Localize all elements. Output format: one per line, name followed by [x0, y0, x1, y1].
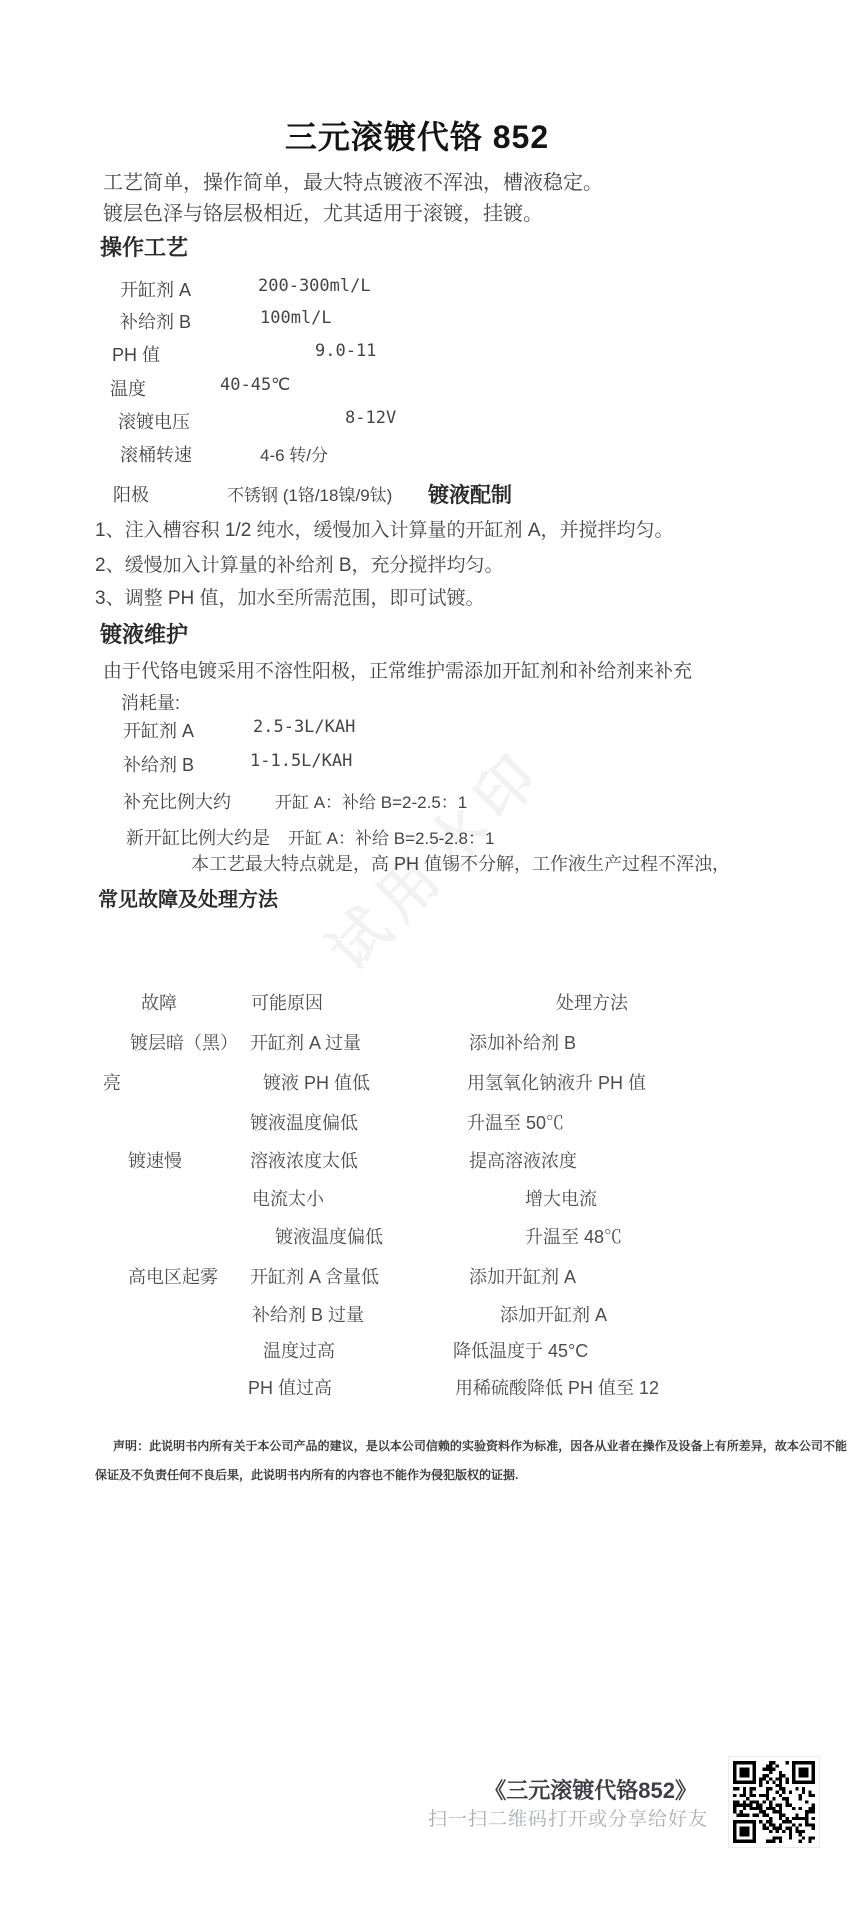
param-value: 4-6 转/分 [260, 441, 328, 466]
consumption-item-label: 补给剂 B [123, 751, 194, 777]
footer-share-hint: 扫一扫二维码打开或分享给好友 [0, 1804, 708, 1831]
page-title: 三元滚镀代铬 852 [0, 112, 834, 158]
document-page: { "page": { "title": "三元滚镀代铬 852", "back… [0, 0, 861, 1920]
cell-fault: 镀速慢 [128, 1147, 182, 1173]
cell-remedy: 添加开缸剂 A [500, 1301, 607, 1327]
table-row: 高电区起雾 开缸剂 A 含量低 添加开缸剂 A [0, 1263, 861, 1289]
cell-remedy: 升温至 48℃ [525, 1223, 622, 1249]
cell-remedy: 提高溶液浓度 [469, 1147, 577, 1173]
cell-cause: 补给剂 B 过量 [252, 1301, 364, 1327]
cell-remedy: 用氢氧化钠液升 PH 值 [467, 1069, 646, 1095]
table-row: PH 值过高 用稀硫酸降低 PH 值至 12 [0, 1374, 861, 1400]
param-label: 温度 [110, 375, 146, 401]
param-value: 100ml/L [260, 308, 332, 328]
consumption-label-row: 消耗量: [0, 689, 861, 715]
cell-cause: 镀液 PH 值低 [263, 1069, 370, 1095]
param-label: 补给剂 B [120, 308, 191, 334]
cell-cause: 镀液温度偏低 [250, 1109, 358, 1135]
cell-fault: 高电区起雾 [128, 1263, 218, 1289]
cell-remedy: 添加开缸剂 A [469, 1263, 576, 1289]
param-row: 开缸剂 A 200-300ml/L [0, 276, 861, 302]
consumption-item-value: 开缸 A：补给 B=2.5-2.8：1 [288, 824, 494, 849]
cell-remedy: 降低温度于 45°C [453, 1337, 588, 1363]
consumption-item-value: 开缸 A：补给 B=2-2.5：1 [275, 788, 467, 813]
cell-cause: 开缸剂 A 过量 [250, 1029, 361, 1055]
param-value: 9.0-11 [315, 341, 376, 361]
cell-cause: 开缸剂 A 含量低 [250, 1263, 379, 1289]
table-row: 亮 镀液 PH 值低 用氢氧化钠液升 PH 值 [0, 1069, 861, 1095]
param-label: PH 值 [112, 341, 160, 367]
table-row: 补给剂 B 过量 添加开缸剂 A [0, 1301, 861, 1327]
table-row: 镀层暗（黑） 开缸剂 A 过量 添加补给剂 B [0, 1029, 861, 1055]
param-value: 200-300ml/L [258, 276, 371, 296]
table-header-cause: 可能原因 [251, 989, 323, 1015]
maintenance-note: 本工艺最大特点就是，高 PH 值锡不分解，工作液生产过程不浑浊， [191, 850, 730, 876]
prep-step-1: 1、注入槽容积 1/2 纯水，缓慢加入计算量的开缸剂 A，并搅拌均匀。 [95, 515, 674, 542]
cell-cause: PH 值过高 [248, 1374, 332, 1400]
consumption-item-label: 补充比例大约 [123, 788, 231, 814]
param-row-anode: 阳极 不锈钢 (1铬/18镍/9钛) 镀液配制 [0, 481, 861, 507]
table-row: 镀液温度偏低 升温至 48℃ [0, 1223, 861, 1249]
cell-remedy: 用稀硫酸降低 PH 值至 12 [455, 1374, 659, 1400]
disclaimer-text: 声明：此说明书内所有关于本公司产品的建议，是以本公司信赖的实验资料作为标准，因各… [95, 1432, 847, 1490]
cell-remedy: 增大电流 [525, 1185, 597, 1211]
param-row: 补给剂 B 100ml/L [0, 308, 861, 334]
table-row: 电流太小 增大电流 [0, 1185, 861, 1211]
section-heading-maintenance: 镀液维护 [100, 618, 188, 649]
cell-cause: 溶液浓度太低 [250, 1147, 358, 1173]
param-row: 温度 40-45℃ [0, 375, 861, 401]
maintenance-intro: 由于代铬电镀采用不溶性阳极，正常维护需添加开缸剂和补给剂来补充 [103, 656, 692, 683]
cell-fault: 亮 [103, 1069, 121, 1095]
consumption-row: 补充比例大约 开缸 A：补给 B=2-2.5：1 [0, 788, 861, 814]
consumption-label: 消耗量: [121, 689, 180, 715]
param-label: 滚桶转速 [120, 441, 192, 467]
param-value: 40-45℃ [220, 375, 290, 395]
param-label: 滚镀电压 [118, 408, 190, 434]
param-value: 不锈钢 (1铬/18镍/9钛) [227, 481, 392, 506]
param-label: 阳极 [113, 481, 149, 507]
consumption-row: 补给剂 B 1-1.5L/KAH [0, 751, 861, 777]
param-row: 滚镀电压 8-12V [0, 408, 861, 434]
inline-heading-preparation: 镀液配制 [428, 479, 512, 509]
cell-remedy: 添加补给剂 B [469, 1029, 576, 1055]
table-row: 镀速慢 溶液浓度太低 提高溶液浓度 [0, 1147, 861, 1173]
intro-line-2: 镀层色泽与铬层极相近，尤其适用于滚镀，挂镀。 [103, 197, 543, 226]
consumption-row: 开缸剂 A 2.5-3L/KAH [0, 717, 861, 743]
section-heading-troubleshooting: 常见故障及处理方法 [98, 883, 278, 912]
param-value: 8-12V [345, 408, 396, 428]
cell-remedy: 升温至 50℃ [467, 1109, 564, 1135]
consumption-row: 新开缸比例大约是 开缸 A：补给 B=2.5-2.8：1 [0, 824, 861, 850]
qr-code [728, 1756, 820, 1848]
qr-code-svg [733, 1761, 815, 1843]
footer-doc-title: 《三元滚镀代铬852》 [0, 1774, 697, 1805]
cell-cause: 温度过高 [263, 1337, 335, 1363]
param-row: 滚桶转速 4-6 转/分 [0, 441, 861, 467]
table-header-remedy: 处理方法 [556, 989, 628, 1015]
cell-cause: 镀液温度偏低 [275, 1223, 383, 1249]
consumption-item-label: 新开缸比例大约是 [126, 824, 270, 850]
param-label: 开缸剂 A [120, 276, 191, 302]
table-header-fault: 故障 [141, 989, 177, 1015]
cell-cause: 电流太小 [252, 1185, 324, 1211]
intro-line-1: 工艺简单，操作简单，最大特点镀液不浑浊，槽液稳定。 [103, 166, 603, 195]
section-heading-operation: 操作工艺 [100, 231, 188, 262]
table-row: 温度过高 降低温度于 45°C [0, 1337, 861, 1363]
consumption-item-value: 2.5-3L/KAH [253, 717, 355, 737]
consumption-item-value: 1-1.5L/KAH [250, 751, 352, 771]
prep-step-2: 2、缓慢加入计算量的补给剂 B，充分搅拌均匀。 [95, 550, 504, 577]
prep-step-3: 3、调整 PH 值，加水至所需范围，即可试镀。 [95, 583, 485, 610]
table-header-row: 故障 可能原因 处理方法 [0, 989, 861, 1015]
param-row: PH 值 9.0-11 [0, 341, 861, 367]
consumption-item-label: 开缸剂 A [123, 717, 194, 743]
table-row: 镀液温度偏低 升温至 50℃ [0, 1109, 861, 1135]
cell-fault: 镀层暗（黑） [130, 1029, 238, 1055]
